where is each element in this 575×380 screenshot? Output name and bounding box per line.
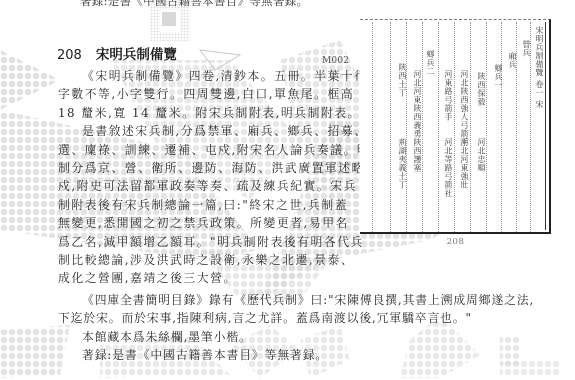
description-line: 字數不等,小字雙行。四周雙邊,白口,單魚尾。框高 bbox=[58, 85, 350, 103]
manuscript-column-text: 宋明兵制備覽 卷一 宋 bbox=[535, 26, 544, 109]
description-line: 《宋明兵制備覽》四卷,清鈔本。五冊。半葉十行 bbox=[58, 67, 350, 85]
column-rule bbox=[422, 22, 423, 232]
siku-citation-line: 《四庫全書簡明目錄》錄有《歷代兵制》曰:"宋陳傅良撰,其書上溯成周鄉遂之法, bbox=[58, 291, 568, 309]
call-number: M002 bbox=[322, 56, 349, 66]
column-rule bbox=[390, 22, 391, 232]
manuscript-column-text: 營兵 bbox=[522, 40, 531, 57]
manuscript-column-text: 廂兵 bbox=[508, 52, 517, 69]
entry-body: 《宋明兵制備覽》四卷,清鈔本。五冊。半葉十行 字數不等,小字雙行。四周雙邊,白口… bbox=[58, 67, 350, 288]
content-line: 制分爲京、營、衛所、邊防、海防、洪武廣置軍述略、鎮 bbox=[58, 159, 350, 177]
entry-title: 宋明兵制備覽 bbox=[96, 47, 177, 63]
content-line: 制比較總論,涉及洪武時之設衛,永樂之北遷,景泰、 bbox=[58, 251, 350, 269]
column-rule bbox=[454, 22, 455, 232]
siku-citation-line: 下迄於宋。而於宋事,指陳利病,言之尤詳。蓋爲南渡以後,冗軍驕卒言也。" bbox=[58, 309, 568, 327]
manuscript-column-text: 河北河東強壯 bbox=[460, 138, 469, 189]
content-line: 無變更,悉開國之初之禁兵政策。所變更者,易甲名 bbox=[58, 214, 350, 232]
manuscript-column-text: 河北陝西強人弓箭手 bbox=[460, 70, 469, 147]
content-line: 成化之營團,嘉靖之後三大營。 bbox=[58, 269, 350, 287]
manuscript-page-image: 宋明兵制備覽 卷一 宋營兵廂兵鄉兵一陝西保毅河北忠順河北陝西強人弓箭手河北河東強… bbox=[360, 19, 551, 234]
column-rule bbox=[438, 22, 439, 232]
description-line: 18 釐米,寬 14 釐米。附宋兵制附表,明兵制附表。 bbox=[58, 104, 350, 122]
previous-entry-catalog-note: 著録:是書《中國古籍善本書目》等無著録。 bbox=[80, 0, 308, 8]
manuscript-column-text: 河東路弓箭手 bbox=[444, 70, 453, 121]
content-line: 制附表後有宋兵制總論一篇,曰:"終宋之世,兵制蓋 bbox=[58, 196, 350, 214]
manuscript-column-text: 陝西護塞 bbox=[413, 138, 422, 172]
content-line: 戍,附史可法留都軍政奏等奏、疏及練兵紀實。宋兵 bbox=[58, 177, 350, 195]
manuscript-column-text: 荊湖夷義土丁 bbox=[398, 138, 407, 189]
column-rule bbox=[470, 22, 471, 232]
column-rule bbox=[372, 22, 373, 232]
content-line: 爲乙名,減甲額增乙額耳。"明兵制附表後有明各代兵 bbox=[58, 233, 350, 251]
collection-note: 本館藏本爲朱絲欄,墨筆小楷。 bbox=[58, 328, 568, 346]
entry-heading: 208宋明兵制備覽 bbox=[57, 43, 177, 63]
manuscript-column-text: 河北等路弓箭社 bbox=[444, 138, 453, 198]
catalog-note: 著録:是書《中國古籍善本書目》等無著録。 bbox=[58, 346, 568, 364]
manuscript-column-text: 河北忠順 bbox=[477, 138, 486, 172]
entry-notes: 《四庫全書簡明目錄》錄有《歷代兵制》曰:"宋陳傅良撰,其書上溯成周鄉遂之法, 下… bbox=[58, 291, 568, 365]
manuscript-column-text: 鄉兵二 bbox=[426, 50, 435, 76]
content-line: 選、廩祿、訓練、遷補、屯戍,附宋名人論兵奏議。明兵 bbox=[58, 141, 350, 159]
manuscript-figure: 宋明兵制備覽 卷一 宋營兵廂兵鄉兵一陝西保毅河北忠順河北陝西強人弓箭手河北河東強… bbox=[360, 19, 551, 233]
column-rule bbox=[406, 22, 407, 232]
entry-number: 208 bbox=[57, 48, 82, 63]
content-line: 是書敘述宋兵制,分爲禁軍、廂兵、鄉兵、招募、揀 bbox=[58, 122, 350, 140]
manuscript-column-text: 河北河東陝西義勇 bbox=[413, 70, 422, 138]
manuscript-column-text: 陝西保毅 bbox=[477, 72, 486, 106]
manuscript-column-text: 陝西土丁 bbox=[398, 63, 407, 97]
column-rule bbox=[501, 22, 502, 232]
figure-caption: 208 bbox=[360, 237, 551, 247]
column-rule bbox=[486, 22, 487, 232]
frame-inner-border bbox=[545, 22, 546, 230]
manuscript-column-text: 鄉兵一 bbox=[494, 64, 503, 90]
